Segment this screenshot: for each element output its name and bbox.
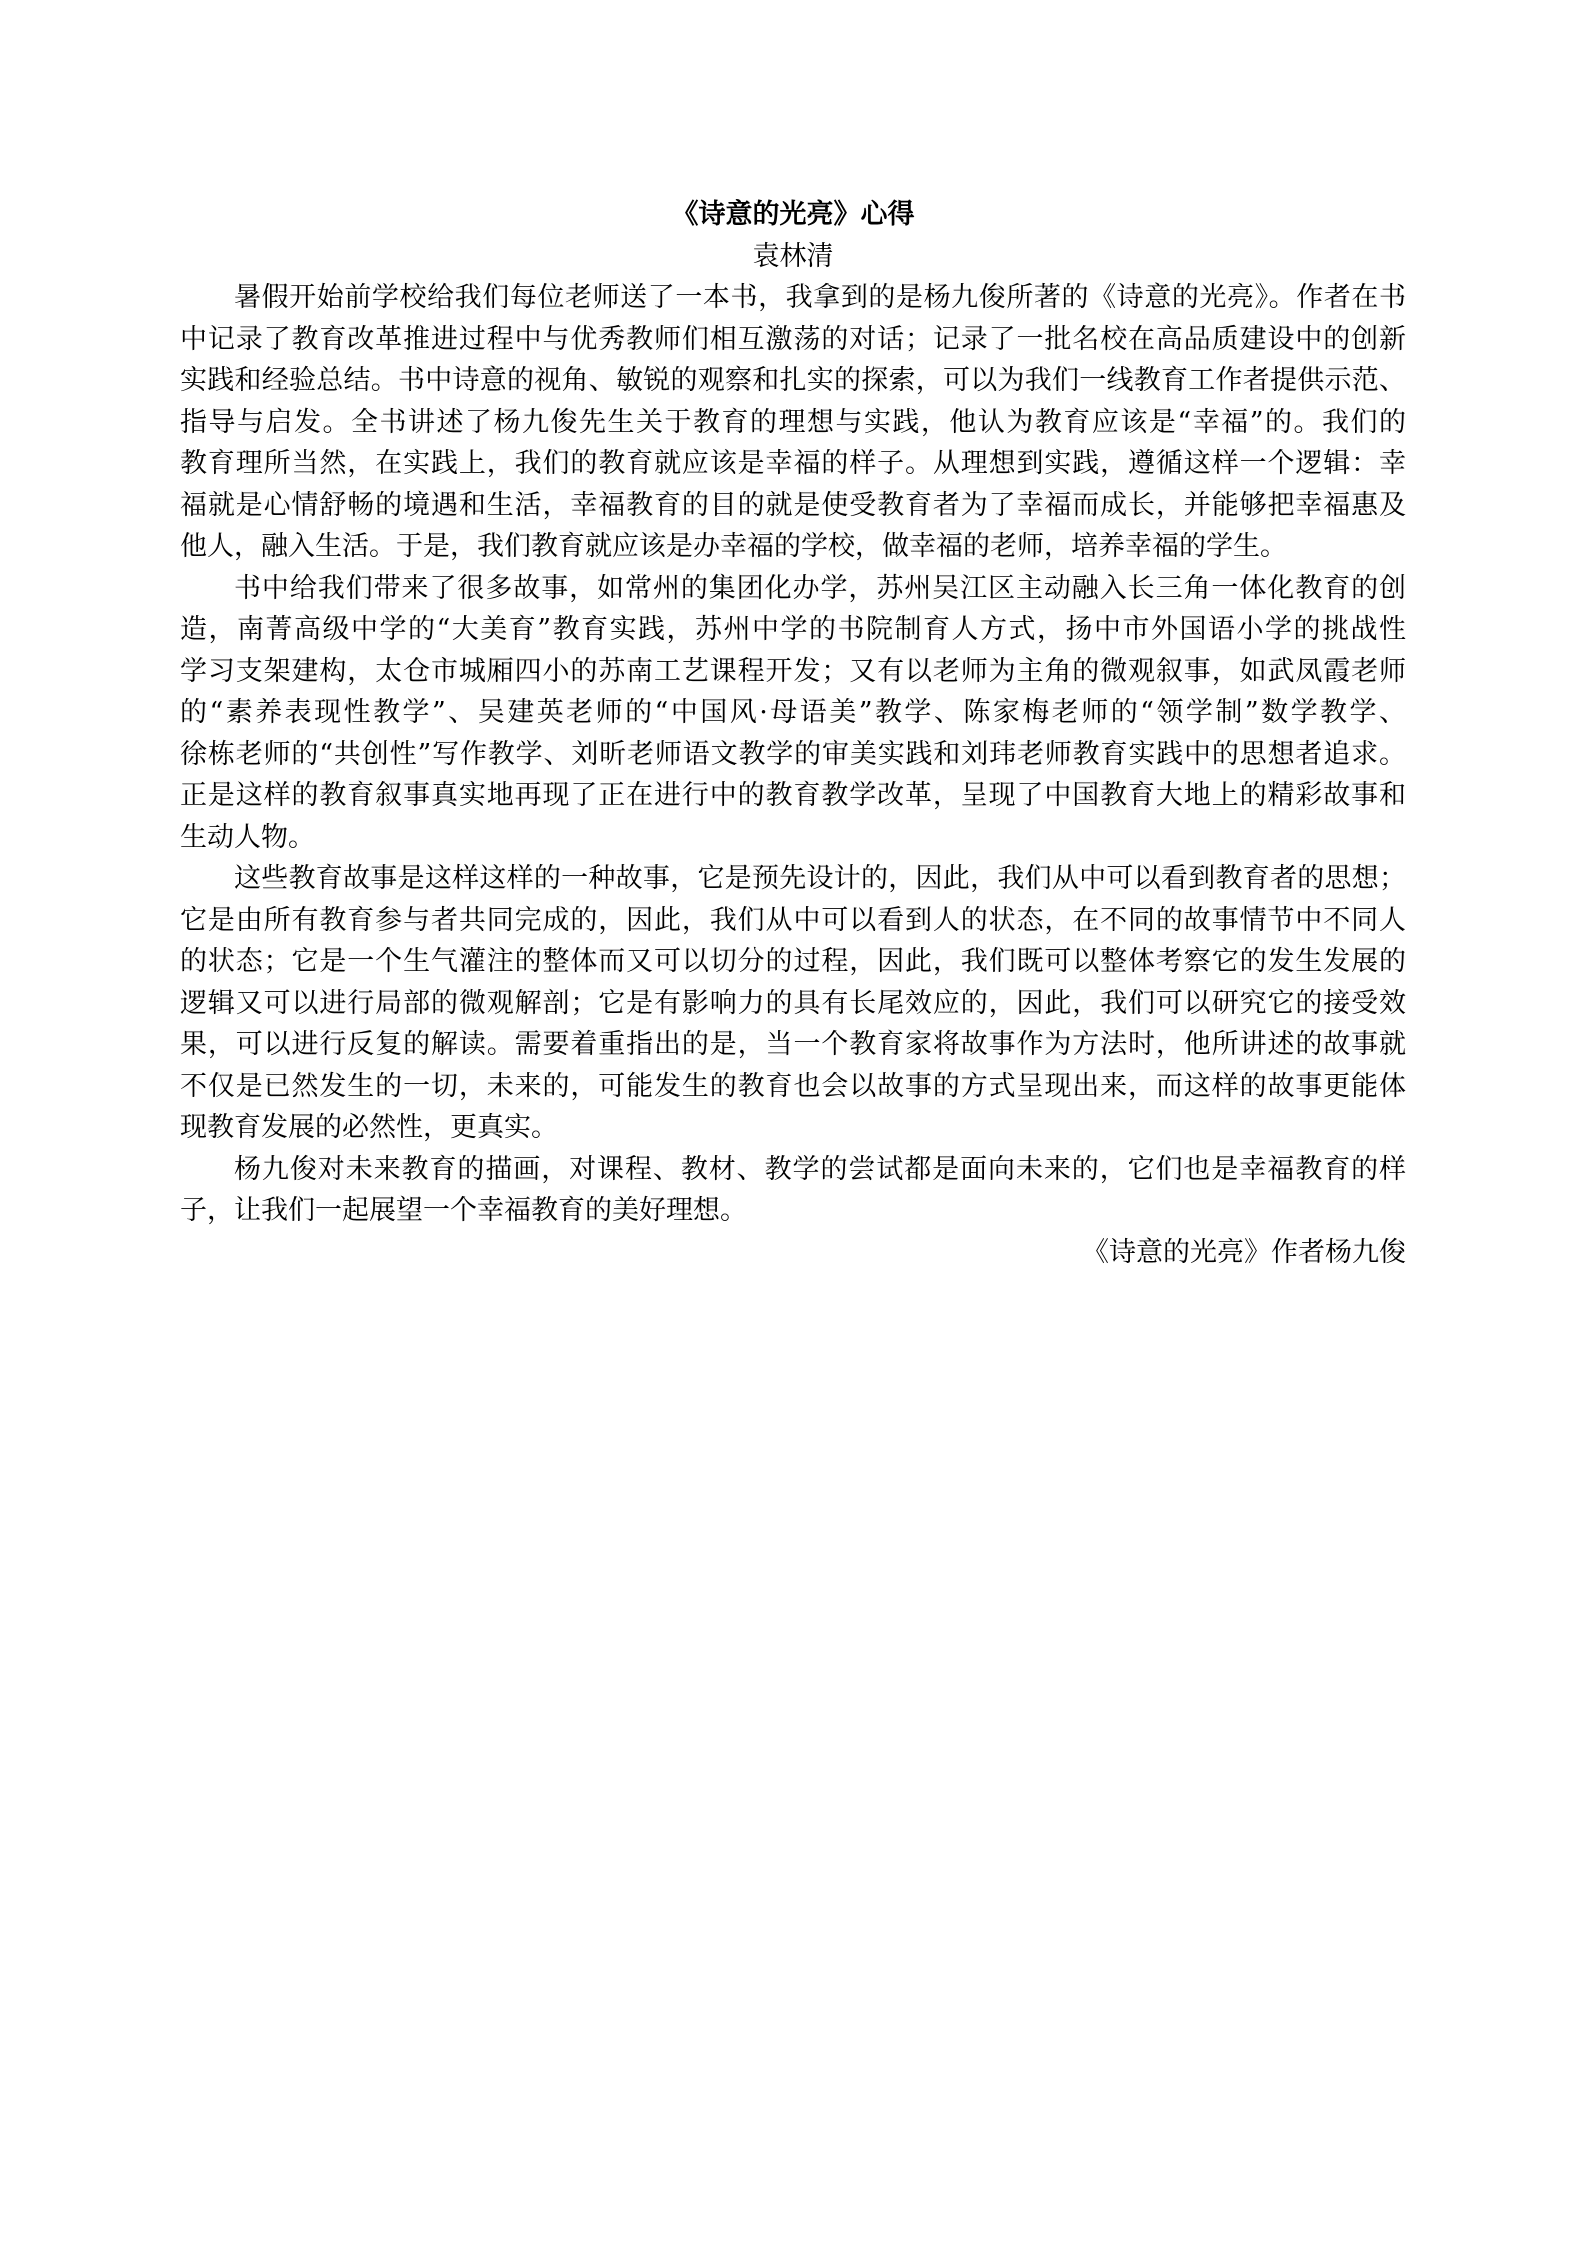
paragraph-line: 生动人物。: [180, 817, 1406, 859]
paragraph-line: 正是这样的教育叙事真实地再现了正在进行中的教育教学改革，呈现了中国教育大地上的精…: [180, 775, 1406, 817]
paragraph-line: 他人，融入生活。于是，我们教育就应该是办幸福的学校，做幸福的老师，培养幸福的学生…: [180, 526, 1406, 568]
paragraph-line: 中记录了教育改革推进过程中与优秀教师们相互激荡的对话；记录了一批名校在高品质建设…: [180, 319, 1406, 361]
paragraph-line: 杨九俊对未来教育的描画，对课程、教材、教学的尝试都是面向未来的，它们也是幸福教育…: [180, 1149, 1406, 1191]
paragraph-1: 暑假开始前学校给我们每位老师送了一本书，我拿到的是杨九俊所著的《诗意的光亮》。作…: [180, 277, 1406, 568]
document-author: 袁林清: [180, 236, 1406, 278]
paragraph-line: 教育理所当然，在实践上，我们的教育就应该是幸福的样子。从理想到实践，遵循这样一个…: [180, 443, 1406, 485]
paragraph-line: 不仅是已然发生的一切，未来的，可能发生的教育也会以故事的方式呈现出来，而这样的故…: [180, 1066, 1406, 1108]
paragraph-4: 杨九俊对未来教育的描画，对课程、教材、教学的尝试都是面向未来的，它们也是幸福教育…: [180, 1149, 1406, 1232]
paragraph-line: 造，南菁高级中学的“大美育”教育实践，苏州中学的书院制育人方式，扬中市外国语小学…: [180, 609, 1406, 651]
document-page: 《诗意的光亮》心得 袁林清 暑假开始前学校给我们每位老师送了一本书，我拿到的是杨…: [180, 194, 1406, 1273]
paragraph-line: 子，让我们一起展望一个幸福教育的美好理想。: [180, 1190, 1406, 1232]
paragraph-line: 的“素养表现性教学”、吴建英老师的“中国风·母语美”教学、陈家梅老师的“领学制”…: [180, 692, 1406, 734]
signature: 《诗意的光亮》作者杨九俊: [180, 1232, 1406, 1274]
paragraph-line: 徐栋老师的“共创性”写作教学、刘昕老师语文教学的审美实践和刘玮老师教育实践中的思…: [180, 734, 1406, 776]
paragraph-line: 实践和经验总结。书中诗意的视角、敏锐的观察和扎实的探索，可以为我们一线教育工作者…: [180, 360, 1406, 402]
paragraph-line: 现教育发展的必然性，更真实。: [180, 1107, 1406, 1149]
paragraph-2: 书中给我们带来了很多故事，如常州的集团化办学，苏州吴江区主动融入长三角一体化教育…: [180, 568, 1406, 859]
paragraph-line: 书中给我们带来了很多故事，如常州的集团化办学，苏州吴江区主动融入长三角一体化教育…: [180, 568, 1406, 610]
paragraph-line: 这些教育故事是这样这样的一种故事，它是预先设计的，因此，我们从中可以看到教育者的…: [180, 858, 1406, 900]
paragraph-3: 这些教育故事是这样这样的一种故事，它是预先设计的，因此，我们从中可以看到教育者的…: [180, 858, 1406, 1149]
paragraph-line: 的状态；它是一个生气灌注的整体而又可以切分的过程，因此，我们既可以整体考察它的发…: [180, 941, 1406, 983]
paragraph-line: 果，可以进行反复的解读。需要着重指出的是，当一个教育家将故事作为方法时，他所讲述…: [180, 1024, 1406, 1066]
paragraph-line: 它是由所有教育参与者共同完成的，因此，我们从中可以看到人的状态，在不同的故事情节…: [180, 900, 1406, 942]
paragraph-line: 福就是心情舒畅的境遇和生活，幸福教育的目的就是使受教育者为了幸福而成长，并能够把…: [180, 485, 1406, 527]
document-title: 《诗意的光亮》心得: [180, 194, 1406, 236]
paragraph-line: 暑假开始前学校给我们每位老师送了一本书，我拿到的是杨九俊所著的《诗意的光亮》。作…: [180, 277, 1406, 319]
paragraph-line: 逻辑又可以进行局部的微观解剖；它是有影响力的具有长尾效应的，因此，我们可以研究它…: [180, 983, 1406, 1025]
paragraph-line: 学习支架建构，太仓市城厢四小的苏南工艺课程开发；又有以老师为主角的微观叙事，如武…: [180, 651, 1406, 693]
paragraph-line: 指导与启发。全书讲述了杨九俊先生关于教育的理想与实践，他认为教育应该是“幸福”的…: [180, 402, 1406, 444]
